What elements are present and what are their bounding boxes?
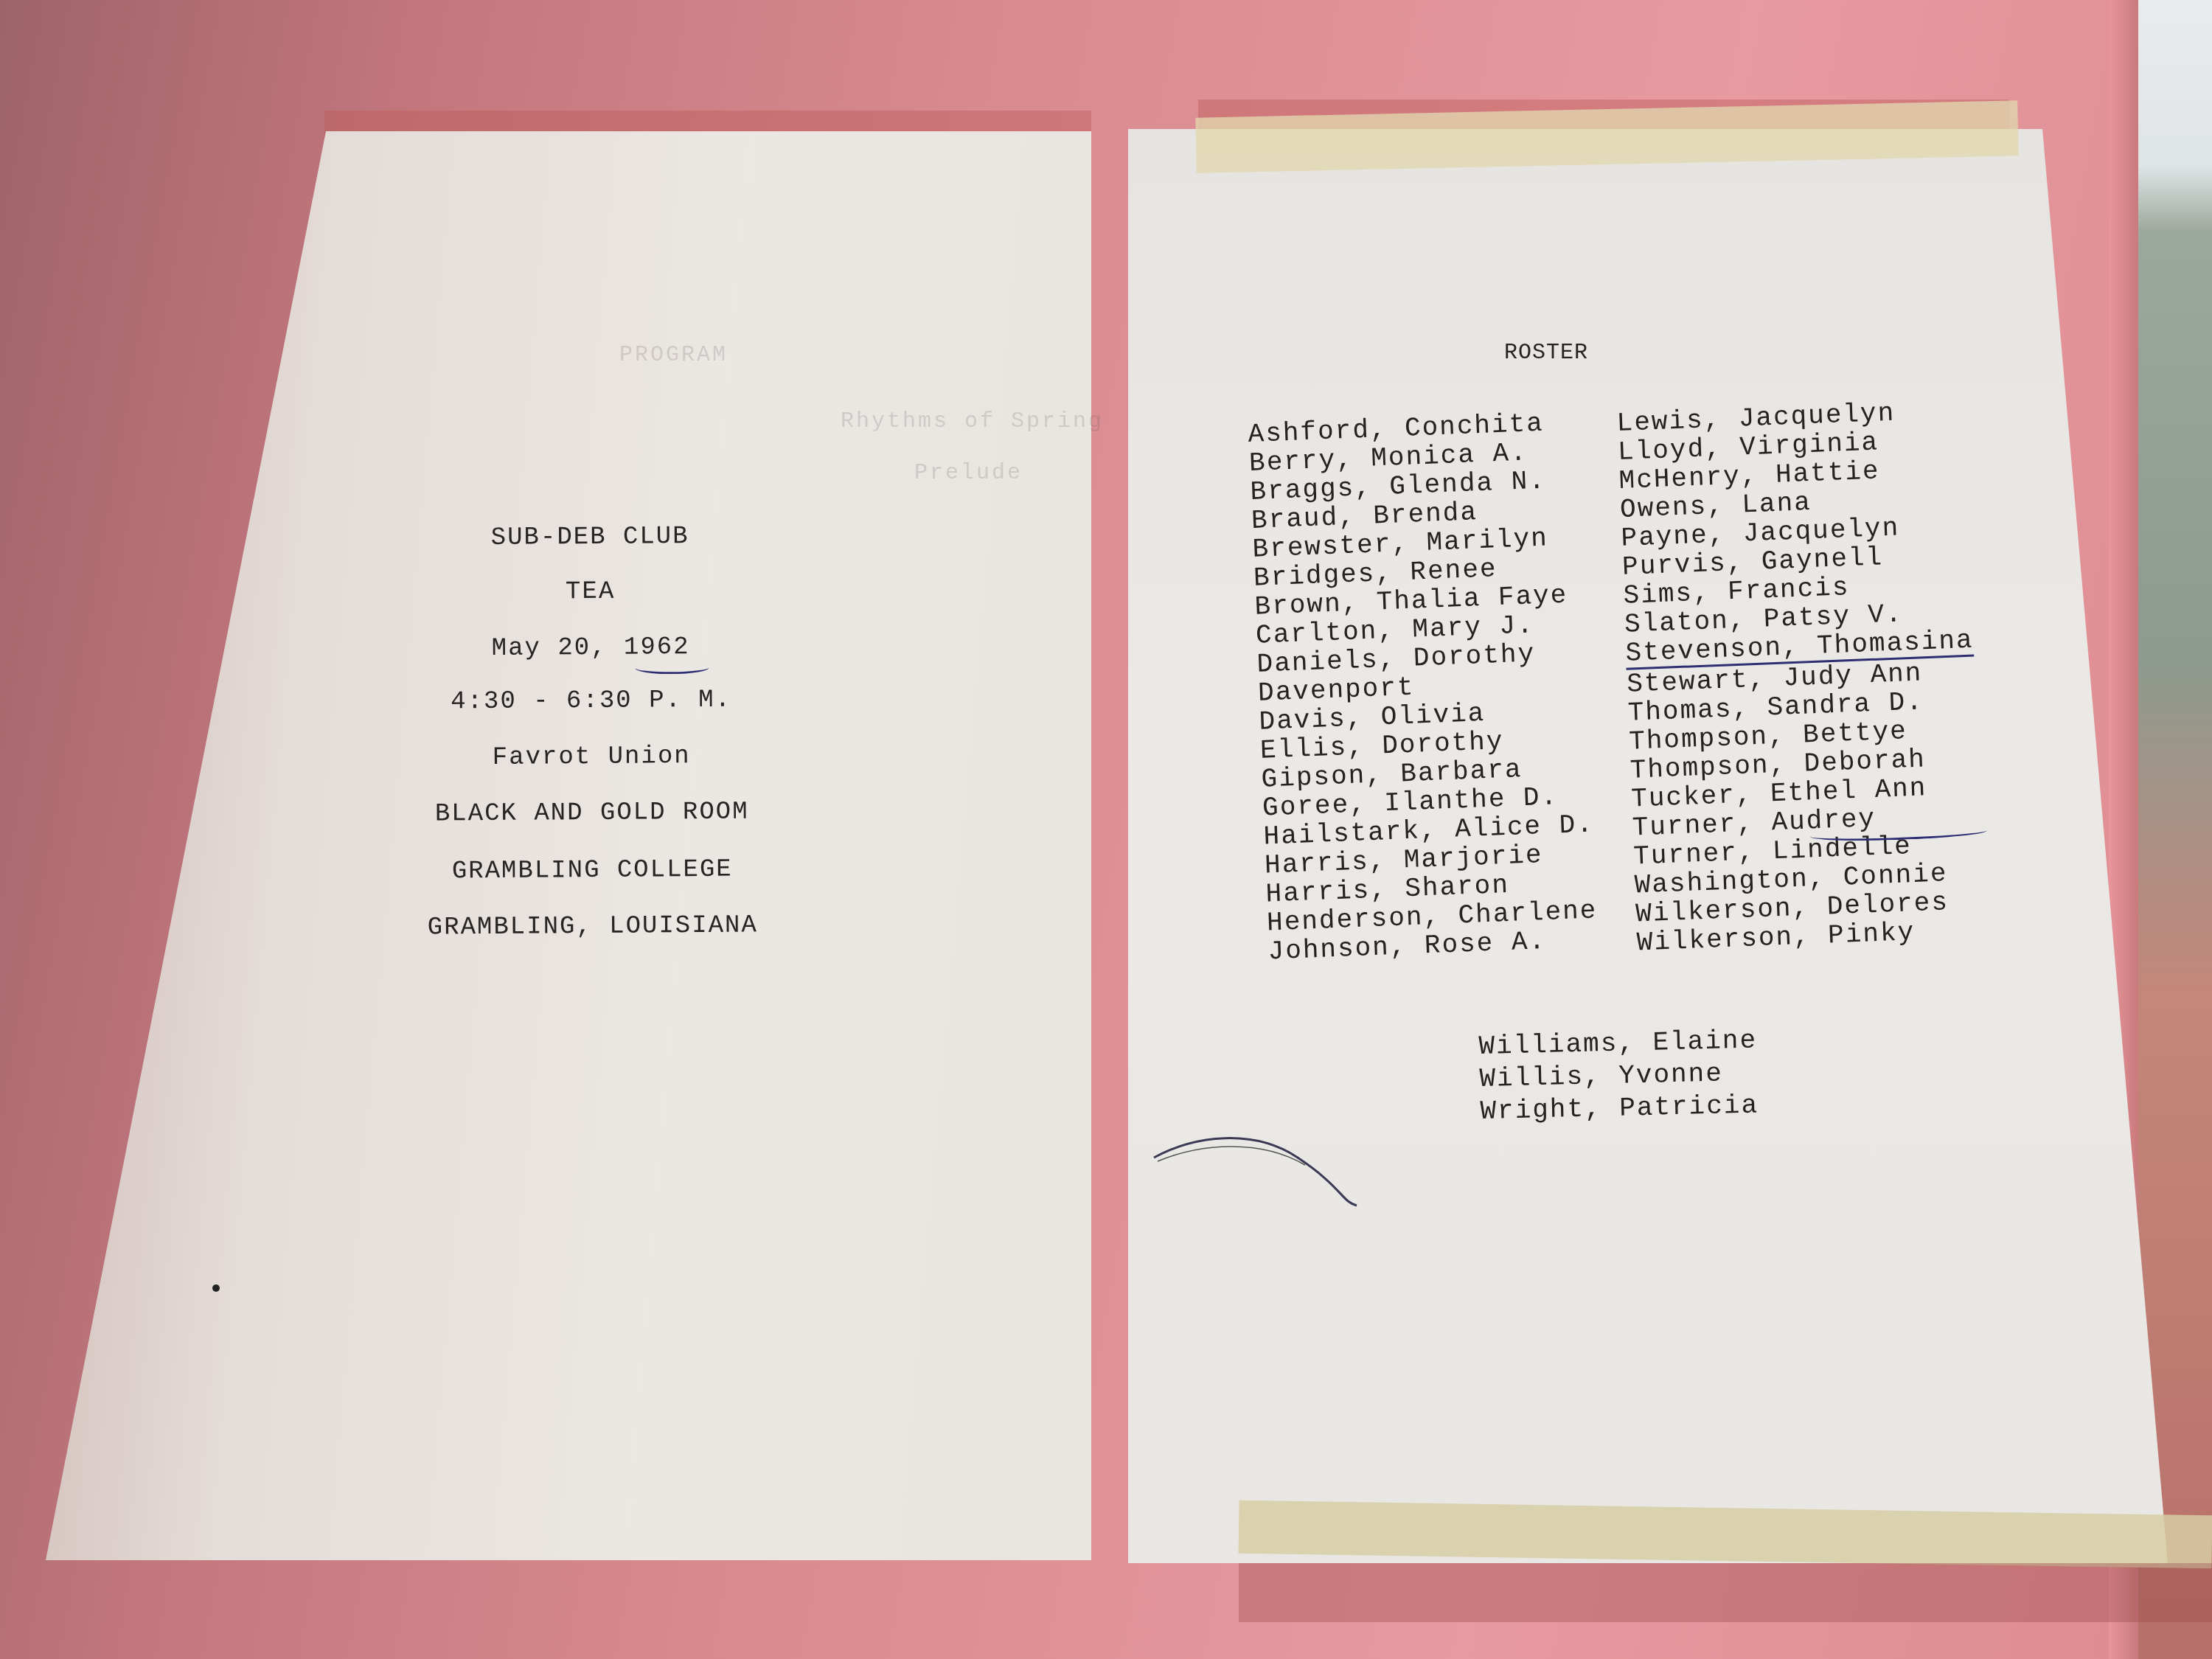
- pen-stray-mark: [1150, 1128, 1371, 1217]
- bleedthrough-line: Prelude: [914, 461, 1023, 486]
- ink-spot: [212, 1284, 220, 1292]
- roster-entry: Wright, Patricia: [1480, 1089, 1759, 1128]
- room: BLACK AND GOLD ROOM: [334, 798, 850, 829]
- event-time: 4:30 - 6:30 P. M.: [333, 686, 849, 717]
- tape-residue-bottom: [1239, 1563, 2212, 1622]
- event-date: May 20, 1962: [333, 633, 849, 664]
- institution: GRAMBLING COLLEGE: [334, 855, 850, 887]
- roster-column-right: Lewis, Jacquelyn Lloyd, Virginia McHenry…: [1616, 396, 1985, 958]
- roster-title: ROSTER: [1504, 341, 1588, 366]
- bleedthrough-line: Rhythms of Spring: [841, 409, 1104, 434]
- club-name: SUB-DEB CLUB: [332, 522, 848, 554]
- event-type: TEA: [333, 577, 849, 608]
- location: GRAMBLING, LOUISIANA: [335, 911, 851, 943]
- venue: Favrot Union: [333, 742, 849, 773]
- program-sheet: [46, 131, 1091, 1560]
- roster-column-left: Ashford, Conchita Berry, Monica A. Bragg…: [1248, 408, 1599, 967]
- roster-column-bottom: Williams, Elaine Willis, Yvonne Wright, …: [1478, 1024, 1759, 1128]
- bleedthrough-title: PROGRAM: [619, 343, 728, 368]
